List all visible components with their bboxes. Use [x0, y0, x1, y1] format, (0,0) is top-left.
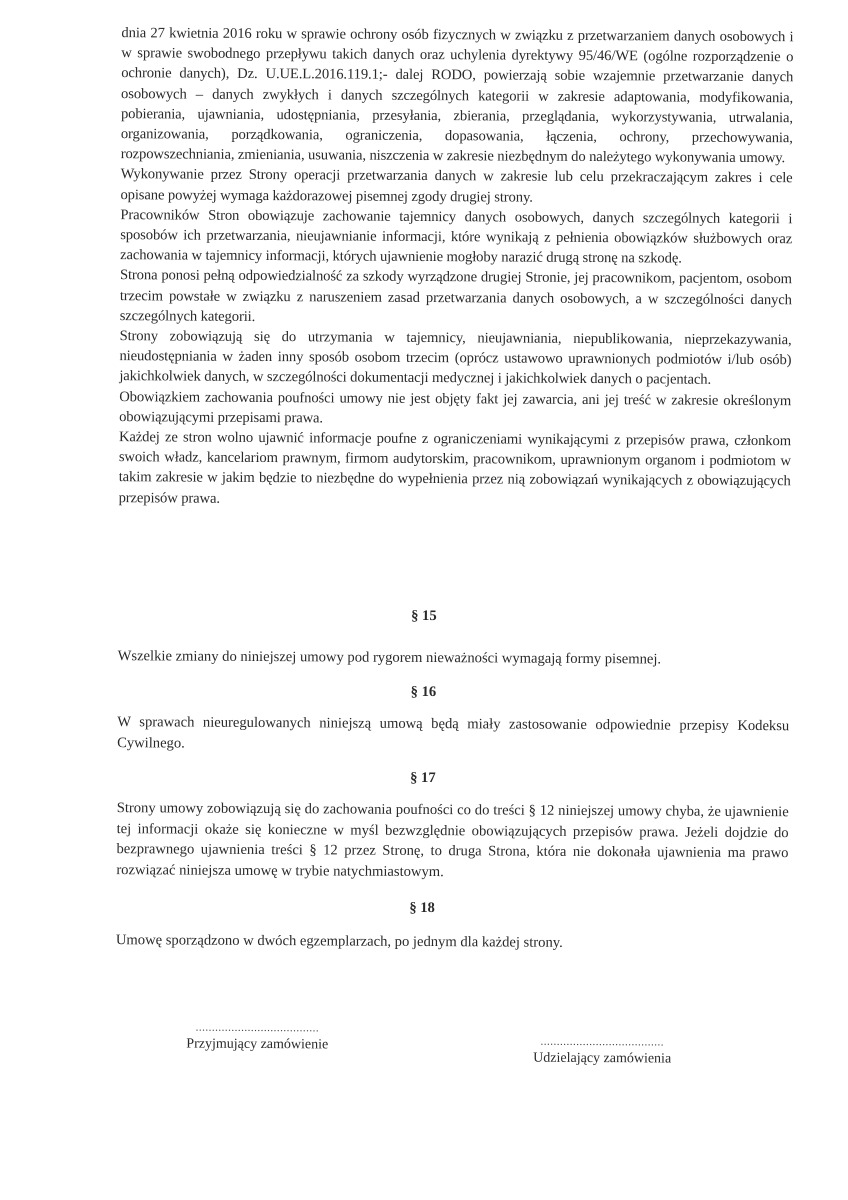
- signature-line-left: ......................................: [157, 1022, 357, 1033]
- paragraph-employee-confidentiality: Pracowników Stron obowiązuje zachowanie …: [120, 205, 792, 270]
- paragraph-rodo-scope: dnia 27 kwietnia 2016 roku w sprawie och…: [121, 23, 794, 169]
- section-text-18: Umowę sporządzono w dwóch egzemplarzach,…: [116, 930, 788, 955]
- paragraph-processing-beyond-scope: Wykonywanie przez Strony operacji przetw…: [120, 165, 792, 210]
- section-heading-17: § 17: [0, 767, 847, 789]
- paragraph-non-disclosure: Strony zobowiązują się do utrzymania w t…: [119, 326, 791, 391]
- signature-line-right: ......................................: [502, 1036, 702, 1047]
- paragraph-confidentiality-exemption: Obowiązkiem zachowania poufności umowy n…: [119, 387, 791, 432]
- section-text-15: Wszelkie zmiany do niniejszej umowy pod …: [118, 646, 790, 671]
- section-heading-15: § 15: [0, 605, 848, 627]
- clause-14-body: dnia 27 kwietnia 2016 roku w sprawie och…: [119, 23, 794, 512]
- section-text-16: W sprawach nieuregulowanych niniejszą um…: [117, 712, 789, 757]
- paragraph-permitted-disclosure: Każdej ze stron wolno ujawnić informacje…: [119, 427, 791, 512]
- section-text-17: Strony umowy zobowiązują się do zachowan…: [116, 798, 788, 884]
- signature-label-right: Udzielający zamówienia: [502, 1050, 702, 1067]
- section-heading-18: § 18: [0, 897, 846, 919]
- document-page: dnia 27 kwietnia 2016 roku w sprawie och…: [0, 0, 848, 1200]
- signature-left: ...................................... P…: [157, 1022, 357, 1053]
- paragraph-liability: Strona ponosi pełną odpowiedzialność za …: [120, 266, 792, 331]
- section-heading-16: § 16: [0, 681, 847, 703]
- signature-label-left: Przyjmujący zamówienie: [157, 1036, 357, 1053]
- signature-right: ...................................... U…: [502, 1036, 702, 1067]
